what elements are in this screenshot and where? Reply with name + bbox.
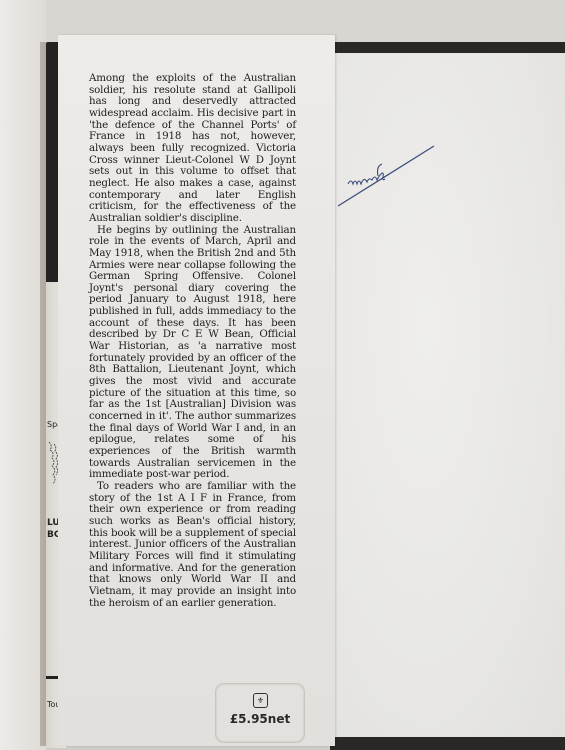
blurb-paragraph: Among the exploits of the Australian sol…	[89, 73, 296, 225]
jacket-spine-dark-band	[46, 42, 58, 282]
blurb-text: Among the exploits of the Australian sol…	[89, 73, 296, 609]
price-sticker: ⚜ £5.95net	[215, 683, 305, 743]
book-photo: Spa LU BC Tou Among the exploits of the …	[0, 0, 565, 750]
blurb-paragraph: To readers who are familiar with the sto…	[89, 481, 296, 609]
publisher-logo-icon: ⚜	[253, 693, 268, 708]
signature-mark	[334, 136, 444, 211]
blurb-paragraph: He begins by outlining the Australian ro…	[89, 225, 296, 481]
price-label: £5.95net	[216, 712, 304, 726]
